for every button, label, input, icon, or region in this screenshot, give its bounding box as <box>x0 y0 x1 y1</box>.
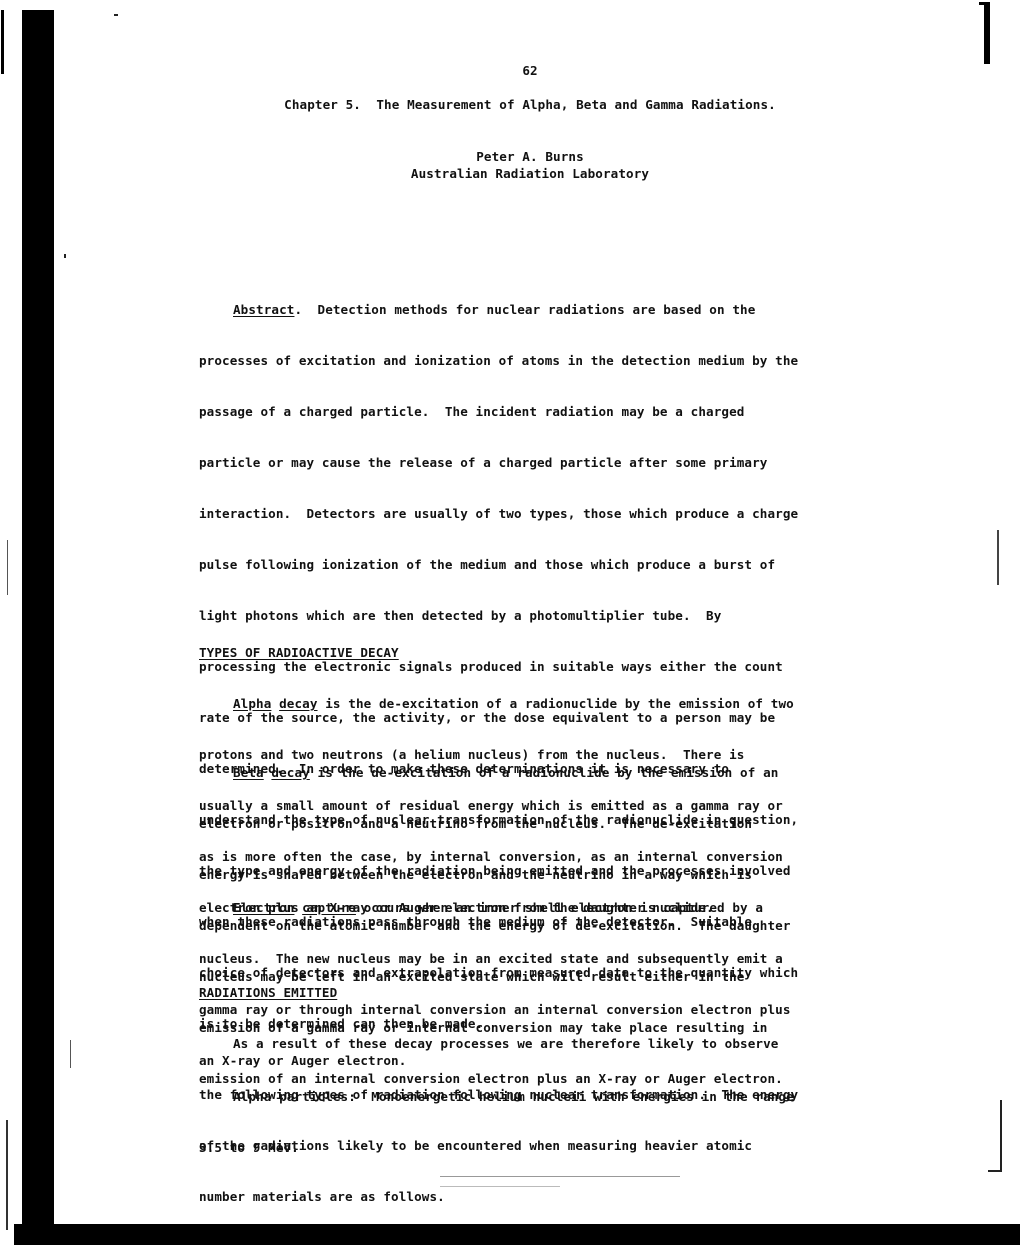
author-affiliation: Australian Radiation Laboratory <box>0 165 1020 182</box>
chapter-title: Chapter 5. The Measurement of Alpha, Bet… <box>0 96 1020 113</box>
scan-border-bottom <box>14 1224 1020 1245</box>
scan-speck <box>70 1040 71 1068</box>
scan-mark-right-top <box>984 2 990 64</box>
scan-mark-left-bottom <box>6 1120 8 1230</box>
scan-speck <box>64 254 66 258</box>
scan-mark-right-bottom <box>1000 1100 1002 1172</box>
scan-mark-left-mid <box>7 540 8 595</box>
abstract-label: Abstract <box>233 302 294 317</box>
alpha-decay-paragraph: Alpha decay is the de-excitation of a ra… <box>199 695 859 712</box>
section-heading: RADIATIONS EMITTED <box>199 984 859 1001</box>
author-name: Peter A. Burns <box>0 148 1020 165</box>
section-heading: TYPES OF RADIOACTIVE DECAY <box>199 644 859 661</box>
scan-border-left <box>22 10 54 1242</box>
page-number: 62 <box>0 62 1020 79</box>
scan-speck <box>114 14 118 16</box>
scan-mark-right-mid <box>997 530 999 585</box>
alpha-particles-paragraph: Alpha particles: Monoenergetic helium nu… <box>199 1054 859 1173</box>
